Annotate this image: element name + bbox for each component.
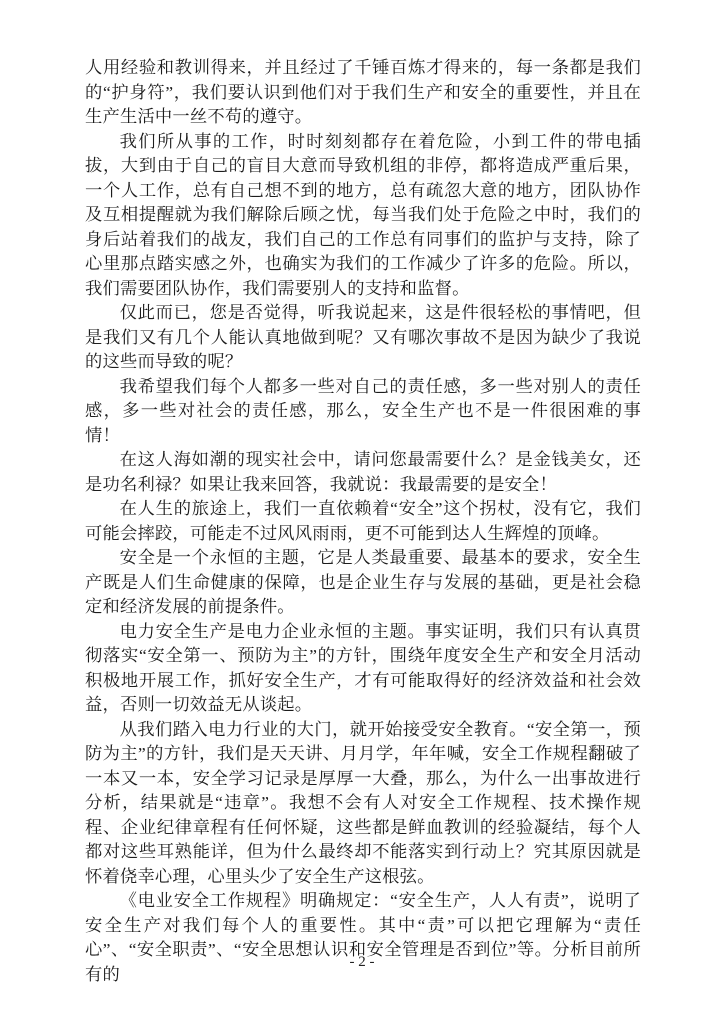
paragraph: 在人生的旅途上，我们一直依赖着“安全”这个拐杖，没有它，我们可能会摔跤，可能走不…	[85, 497, 641, 546]
page-number: - 2 -	[0, 952, 724, 972]
paragraph: 我希望我们每个人都多一些对自己的责任感，多一些对别人的责任感，多一些对社会的责任…	[85, 375, 641, 449]
document-body: 人用经验和教训得来，并且经过了千锤百炼才得来的，每一条都是我们的“护身符”，我们…	[85, 56, 641, 987]
paragraph: 仅此而已，您是否觉得，听我说起来，这是件很轻松的事情吧，但是我们又有几个人能认真…	[85, 301, 641, 375]
paragraph: 安全是一个永恒的主题，它是人类最重要、最基本的要求，安全生产既是人们生命健康的保…	[85, 546, 641, 620]
paragraph: 电力安全生产是电力企业永恒的主题。事实证明，我们只有认真贯彻落实“安全第一、预防…	[85, 620, 641, 718]
paragraph: 在这人海如潮的现实社会中，请问您最需要什么？是金钱美女，还是功名利禄？如果让我来…	[85, 448, 641, 497]
document-page: 人用经验和教训得来，并且经过了千锤百炼才得来的，每一条都是我们的“护身符”，我们…	[0, 0, 724, 1024]
paragraph: 我们所从事的工作，时时刻刻都存在着危险，小到工件的带电插拔，大到由于自己的盲目大…	[85, 130, 641, 302]
paragraph: 《电业安全工作规程》明确规定：“安全生产，人人有责”，说明了安全生产对我们每个人…	[85, 889, 641, 987]
paragraph: 人用经验和教训得来，并且经过了千锤百炼才得来的，每一条都是我们的“护身符”，我们…	[85, 56, 641, 130]
paragraph: 从我们踏入电力行业的大门，就开始接受安全教育。“安全第一，预防为主”的方针，我们…	[85, 718, 641, 890]
